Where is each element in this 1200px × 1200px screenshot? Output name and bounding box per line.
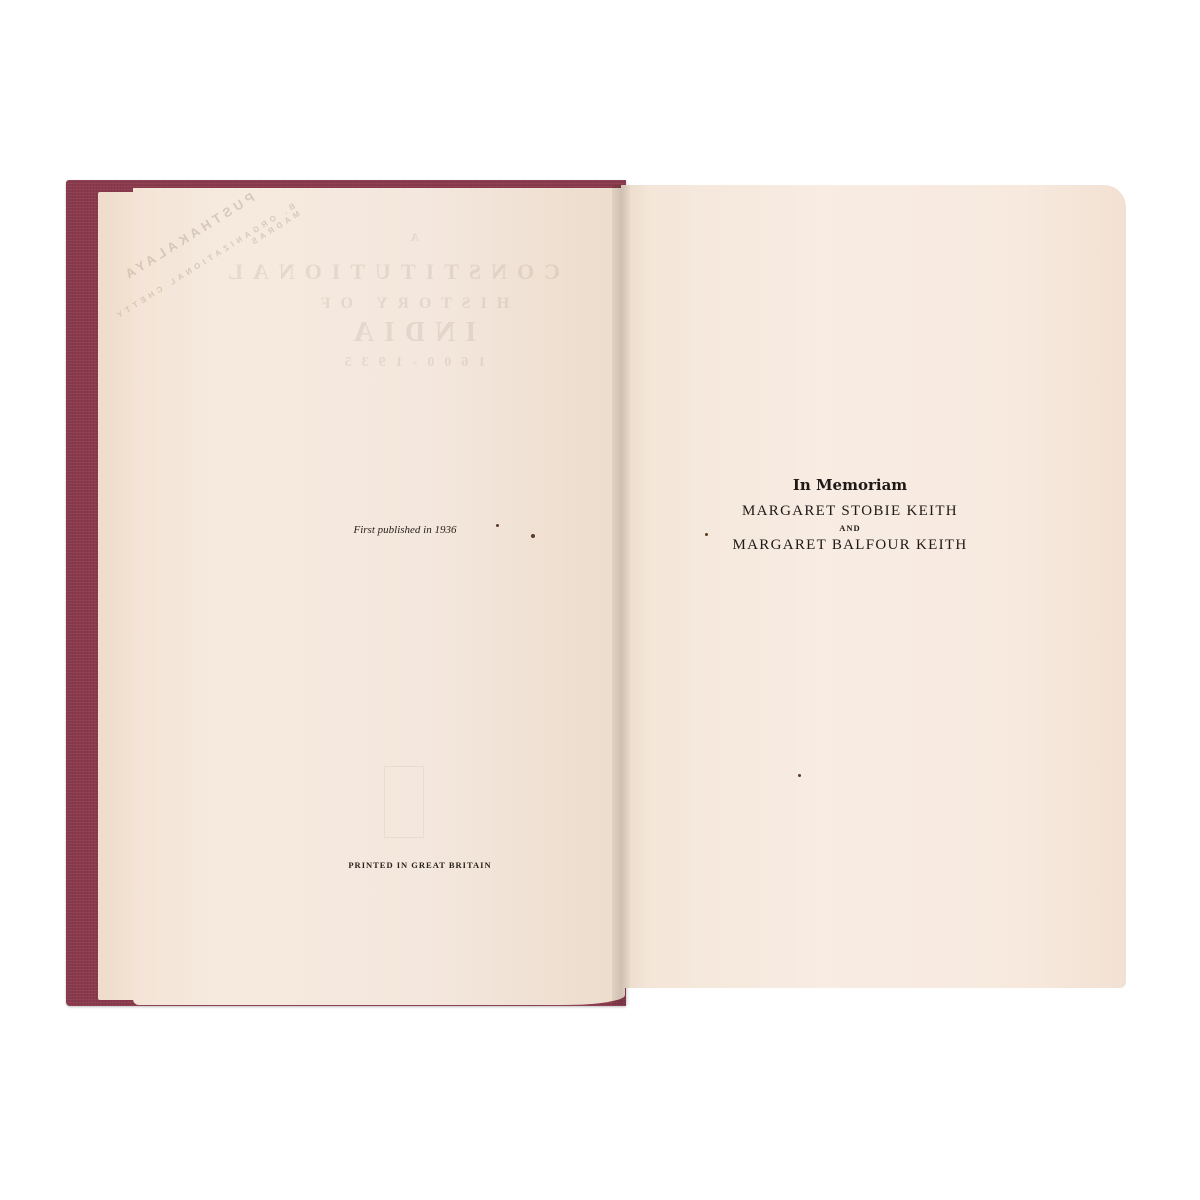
dedication-conjunction: AND	[700, 523, 1000, 533]
publisher-device-ghost	[384, 766, 424, 838]
printer-line: PRINTED IN GREAT BRITAIN	[330, 860, 510, 870]
right-page	[621, 185, 1126, 988]
foxing-spot	[798, 774, 801, 777]
dedicatee-name: MARGARET STOBIE KEITH	[700, 503, 1000, 520]
dedication-heading: In Memoriam	[700, 476, 1000, 494]
foxing-spot	[496, 524, 499, 527]
open-book: A CONSTITUTIONAL HISTORY OF INDIA 1600-1…	[0, 0, 1200, 1200]
book-gutter	[612, 185, 630, 1005]
foxing-spot	[705, 533, 708, 536]
first-published-line: First published in 1936	[320, 524, 490, 536]
dedicatee-name: MARGARET BALFOUR KEITH	[700, 537, 1000, 554]
foxing-spot	[531, 534, 535, 538]
dedication-block: In Memoriam MARGARET STOBIE KEITH AND MA…	[700, 476, 1000, 554]
ghost-line: 1600-1935	[260, 355, 560, 371]
